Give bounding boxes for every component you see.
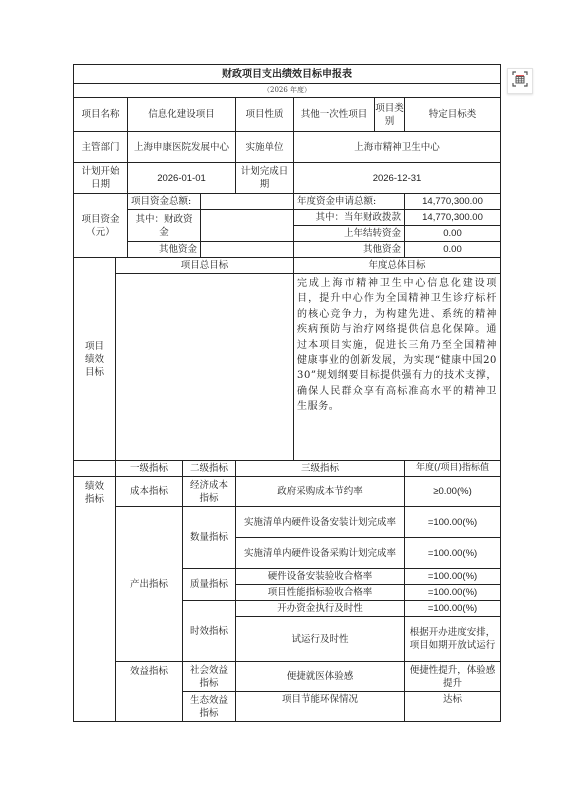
form-table: 财政项目支出绩效目标申报表 （2026 年度） 项目名称 信息化建设项目 项目性…	[73, 64, 501, 722]
value-convenience: 便捷性提升，体验感提升	[405, 662, 501, 692]
year-note: （2026 年度）	[74, 84, 501, 98]
fiscal-fund-value	[201, 210, 294, 242]
annual-other-label: 其他资金	[294, 242, 405, 258]
indicator-corner	[74, 461, 116, 477]
l1-benefit: 效益指标	[116, 662, 183, 722]
table-extract-icon	[512, 71, 528, 91]
l2-eco-benefit: 生态效益指标	[183, 692, 236, 722]
annual-goal-header: 年度总体目标	[294, 258, 501, 274]
end-label: 计划完成日期	[236, 163, 294, 194]
overall-goal-header: 项目总目标	[116, 258, 294, 274]
l3-trial-timeliness: 试运行及时性	[236, 617, 405, 662]
value-energy-saving: 达标	[405, 692, 501, 722]
impl-value: 上海市精神卫生中心	[294, 132, 501, 163]
other-fund-value	[201, 242, 294, 258]
value-install-acceptance: =100.00(%)	[405, 569, 501, 585]
value-fund-timeliness: =100.00(%)	[405, 601, 501, 617]
annual-total-label: 年度资金申请总额:	[294, 194, 405, 210]
annual-goal-text: 完成上海市精神卫生中心信息化建设项目，提升中心作为全国精神卫生诊疗标杆的核心竞争…	[294, 274, 501, 461]
table-extract-button[interactable]	[507, 68, 533, 94]
carryover-label: 上年结转资金	[294, 226, 405, 242]
indicators-label: 绩效指标	[74, 477, 116, 722]
l3-fund-timeliness: 开办资金执行及时性	[236, 601, 405, 617]
project-name-label: 项目名称	[74, 98, 128, 132]
performance-form: 财政项目支出绩效目标申报表 （2026 年度） 项目名称 信息化建设项目 项目性…	[73, 64, 500, 722]
l2-social-benefit: 社会效益指标	[183, 662, 236, 692]
dept-value: 上海申康医院发展中心	[128, 132, 236, 163]
goals-label: 项目绩效目标	[74, 258, 116, 461]
l3-convenience: 便捷就医体验感	[236, 662, 405, 692]
total-fund-value	[201, 194, 294, 210]
current-fiscal-value: 14,770,300.00	[405, 210, 501, 226]
l2-timeliness: 时效指标	[183, 601, 236, 662]
fiscal-fund-label: 其中：财政资金	[128, 210, 201, 242]
l3-install-completion: 实施清单内硬件设备安装计划完成率	[236, 507, 405, 538]
current-fiscal-label: 其中：当年财政拨款	[294, 210, 405, 226]
carryover-value: 0.00	[405, 226, 501, 242]
l3-performance-acceptance: 项目性能指标验收合格率	[236, 585, 405, 601]
value-performance-acceptance: =100.00(%)	[405, 585, 501, 601]
dept-label: 主管部门	[74, 132, 128, 163]
l3-install-acceptance: 硬件设备安装验收合格率	[236, 569, 405, 585]
annual-total-value: 14,770,300.00	[405, 194, 501, 210]
category-value: 特定目标类	[405, 98, 501, 132]
l3-energy-saving: 项目节能环保情况	[236, 692, 405, 722]
project-name-value: 信息化建设项目	[128, 98, 236, 132]
header-level3: 三级指标	[236, 461, 405, 477]
category-label: 项目类别	[375, 98, 405, 132]
l2-quality: 质量指标	[183, 569, 236, 601]
impl-label: 实施单位	[236, 132, 294, 163]
header-level2: 二级指标	[183, 461, 236, 477]
total-fund-label: 项目资金总额:	[128, 194, 201, 210]
l1-cost: 成本指标	[116, 477, 183, 507]
start-label: 计划开始日期	[74, 163, 128, 194]
funding-label: 项目资金（元）	[74, 194, 128, 258]
nature-value: 其他一次性项目	[294, 98, 375, 132]
end-value: 2026-12-31	[294, 163, 501, 194]
l3-purchase-completion: 实施清单内硬件设备采购计划完成率	[236, 538, 405, 569]
form-title: 财政项目支出绩效目标申报表	[74, 65, 501, 84]
l2-econ-cost: 经济成本指标	[183, 477, 236, 507]
header-level1: 一级指标	[116, 461, 183, 477]
value-trial-timeliness: 根据开办进度安排，项目如期开放试运行	[405, 617, 501, 662]
nature-label: 项目性质	[236, 98, 294, 132]
l1-output: 产出指标	[116, 507, 183, 662]
value-purchase-completion: =100.00(%)	[405, 538, 501, 569]
l2-quantity: 数量指标	[183, 507, 236, 569]
l3-procurement-saving: 政府采购成本节约率	[236, 477, 405, 507]
annual-other-value: 0.00	[405, 242, 501, 258]
other-fund-label: 其他资金	[128, 242, 201, 258]
value-install-completion: =100.00(%)	[405, 507, 501, 538]
header-value: 年度(/项目)指标值	[405, 461, 501, 477]
overall-goal-text	[116, 274, 294, 461]
value-procurement-saving: ≥0.00(%)	[405, 477, 501, 507]
start-value: 2026-01-01	[128, 163, 236, 194]
